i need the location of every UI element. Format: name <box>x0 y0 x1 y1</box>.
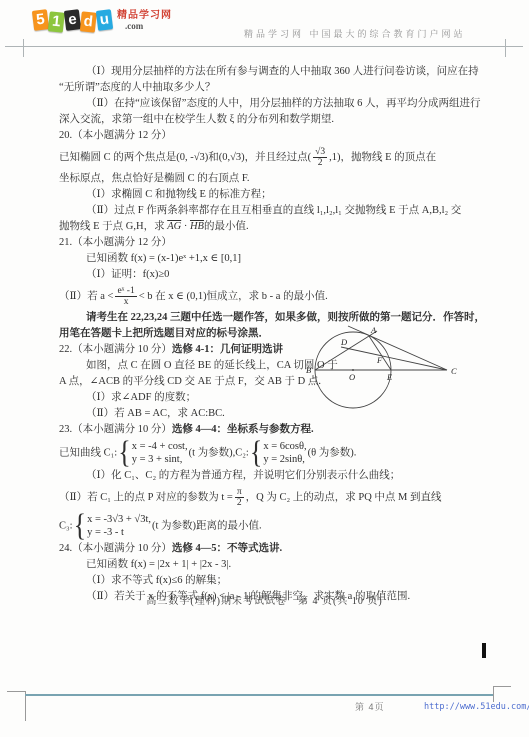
q22-part1: （Ⅰ）求∠ADF 的度数； <box>59 390 332 406</box>
fraction-ex-minus-1-over-x: eˣ -1x <box>115 286 136 307</box>
crop-mark-top-right-h <box>505 46 523 47</box>
point-label-F: F <box>376 355 383 365</box>
q23-heading-title: 选修 4—4：坐标系与参数方程. <box>172 424 314 435</box>
q23-part2-seg2: ，Q 为 C₂ 上的动点，求 PQ 中点 M 到直线 <box>246 492 442 503</box>
q21-part1: （Ⅰ）证明：f(x)≥0 <box>59 267 481 283</box>
point-label-E: E <box>386 372 393 382</box>
q20-part2-line1: （Ⅱ）过点 F 作两条斜率都存在且互相垂直的直线 l₁,l₂,l₁ 交抛物线 E… <box>59 203 481 219</box>
bottom-rule <box>25 694 493 696</box>
header-rule <box>23 46 505 47</box>
exam-footer: 高三数学(理科)期末考试试卷 第 4 页(共 10 页) <box>0 592 529 607</box>
q22-heading-number: 22.（本小题满分 10 分） <box>59 344 172 355</box>
q20-intro-line1: 已知椭圆 C 的两个焦点是(0, -√3)和(0,√3)，并且经过点(√32,1… <box>59 144 481 171</box>
parametric-system-c2: {x = 6cosθ,y = 2sinθ, <box>250 440 307 466</box>
q20-part1: （Ⅰ）求椭圆 C 和抛物线 E 的标准方程； <box>59 187 481 203</box>
logo-domain: .com <box>125 21 172 32</box>
point-label-A: A <box>370 325 377 335</box>
q23-intro-seg2: (t 为参数),C₂: <box>189 447 249 458</box>
scanned-exam-page: 51edu 精品学习网 .com 精品学习网 中国最大的综合教育门户网站 （Ⅰ）… <box>0 0 529 737</box>
q20-part2-seg1: 抛物线 E 于点 G,H，求 <box>59 221 165 232</box>
q23-part2-seg3: (t 为参数)距离的最小值. <box>152 520 262 531</box>
line-CA-tangent <box>348 326 447 370</box>
q19-part2-line1: （Ⅱ）在持“应该保留”态度的人中，用分层抽样的方法抽取 6 人，再平均分成两组进… <box>59 96 481 112</box>
q23-intro: 已知曲线 C₁:{x = -4 + cost,y = 3 + sint,(t 为… <box>59 438 481 468</box>
q20-part2-seg2: 的最小值. <box>204 221 249 232</box>
vector-HB: HB <box>190 221 204 232</box>
q21-part2: （Ⅱ）若 a <eˣ -1x< b 在 x ∈ (0,1)恒成立，求 b - a… <box>59 283 481 310</box>
q20-intro-seg1: 已知椭圆 C 的两个焦点是(0, -√3)和(0,√3)，并且经过点( <box>59 152 311 163</box>
q22-intro-line2: A 点，∠ACB 的平分线 CD 交 AE 于点 F，交 AB 于 D 点. <box>59 374 305 390</box>
logo-site-name: 精品学习网 <box>117 10 172 21</box>
logo-tile-d: d <box>80 11 97 32</box>
page-number: 第 4页 <box>355 700 385 713</box>
q21-intro: 已知函数 f(x) = (x-1)eˣ +1,x ∈ [0,1] <box>59 251 481 267</box>
q24-heading-title: 选修 4—5：不等式选讲. <box>172 543 282 554</box>
center-dot-O <box>352 369 354 371</box>
site-logo[interactable]: 51edu 精品学习网 .com <box>33 10 172 32</box>
q20-intro-seg2: ,1)，抛物线 E 的顶点在 <box>329 152 436 163</box>
point-label-C: C <box>451 366 457 376</box>
logo-text: 精品学习网 .com <box>117 10 172 32</box>
logo-tile-1: 1 <box>48 11 65 32</box>
q24-heading: 24.（本小题满分 10 分）选修 4—5：不等式选讲. <box>59 541 481 557</box>
q23-part2-seg1: （Ⅱ）若 C₁ 上的点 P 对应的参数为 t = <box>59 492 233 503</box>
q21-part2-seg1: （Ⅱ）若 a < <box>59 291 113 302</box>
point-label-O: O <box>349 372 355 382</box>
line-CD-bisector <box>341 347 447 370</box>
q20-heading: 20.（本小题满分 12 分） <box>59 128 481 144</box>
crop-mark-top-right-v <box>505 39 506 57</box>
crop-mark-top-left-h <box>5 46 23 47</box>
crop-mark-bottom-left-h <box>7 691 25 692</box>
q24-part1: （Ⅰ）求不等式 f(x)≤6 的解集； <box>59 573 481 589</box>
q24-heading-number: 24.（本小题满分 10 分） <box>59 543 172 554</box>
site-link: http://www.51edu.com/ 精品学习网 <box>424 700 529 712</box>
dot-operator: · <box>184 221 188 232</box>
q19-part1-line2: “无所谓”态度的人中抽取多少人？ <box>59 80 481 96</box>
q23-intro-seg1: 已知曲线 C₁: <box>59 447 117 458</box>
fraction-sqrt3-over-2: √32 <box>313 147 327 168</box>
q23-part2-line2: C₃:{x = -3√3 + √3t,y = -3 - t(t 为参数)距离的最… <box>59 511 481 541</box>
point-label-D: D <box>340 337 348 347</box>
geometry-diagram: A B C D E F O <box>303 322 481 442</box>
parametric-system-c1: {x = -4 + cost,y = 3 + sint, <box>118 440 187 466</box>
q20-part2-line2: 抛物线 E 于点 G,H，求 AG · HB的最小值. <box>59 219 481 235</box>
q22-part2: （Ⅱ）若 AB = AC，求 AC:BC. <box>59 406 332 422</box>
q23-intro-seg3: (θ 为参数). <box>308 447 357 458</box>
logo-tile-5: 5 <box>32 9 49 31</box>
crop-mark-bottom-right-h <box>493 686 511 687</box>
logo-tile-u: u <box>96 9 113 31</box>
q24-intro: 已知函数 f(x) = |2x + 1| + |2x - 3|. <box>59 557 481 573</box>
scan-artifact-mark <box>482 643 486 658</box>
site-url-link[interactable]: http://www.51edu.com/ <box>424 702 529 712</box>
fraction-pi-over-2: π2 <box>235 487 244 508</box>
parametric-system-c3: {x = -3√3 + √3t,y = -3 - t <box>74 513 151 539</box>
q20-intro-line2: 坐标原点，焦点恰好是椭圆 C 的右顶点 F. <box>59 171 481 187</box>
header-tagline: 精品学习网 中国最大的综合教育门户网站 <box>244 27 466 40</box>
vector-AG: AG <box>167 221 181 232</box>
q23-heading-number: 23.（本小题满分 10 分） <box>59 424 172 435</box>
q21-heading: 21.（本小题满分 12 分） <box>59 235 481 251</box>
q23-part1: （Ⅰ）化 C₁、C₂ 的方程为普通方程，并说明它们分别表示什么曲线； <box>59 468 481 484</box>
q22-heading-title: 选修 4-1：几何证明选讲 <box>172 344 283 355</box>
q23-c3-label: C₃: <box>59 520 73 531</box>
logo-tiles: 51edu <box>33 10 113 30</box>
q19-part1-line1: （Ⅰ）现用分层抽样的方法在所有参与调查的人中抽取 360 人进行问卷访谈，问应在… <box>59 64 481 80</box>
q21-part2-seg2: < b 在 x ∈ (0,1)恒成立，求 b - a 的最小值. <box>139 291 328 302</box>
logo-tile-e: e <box>64 9 81 31</box>
q19-part2-line2: 深入交流，求第一组中在校学生人数 ξ 的分布列和数学期望. <box>59 112 481 128</box>
q22-intro-line1: 如图，点 C 在圆 O 直径 BE 的延长线上，CA 切圆 O 于 <box>59 358 332 374</box>
q23-part2-line1: （Ⅱ）若 C₁ 上的点 P 对应的参数为 t =π2，Q 为 C₂ 上的动点，求… <box>59 484 481 511</box>
crop-mark-top-left-v <box>23 39 24 57</box>
point-label-B: B <box>306 365 311 375</box>
